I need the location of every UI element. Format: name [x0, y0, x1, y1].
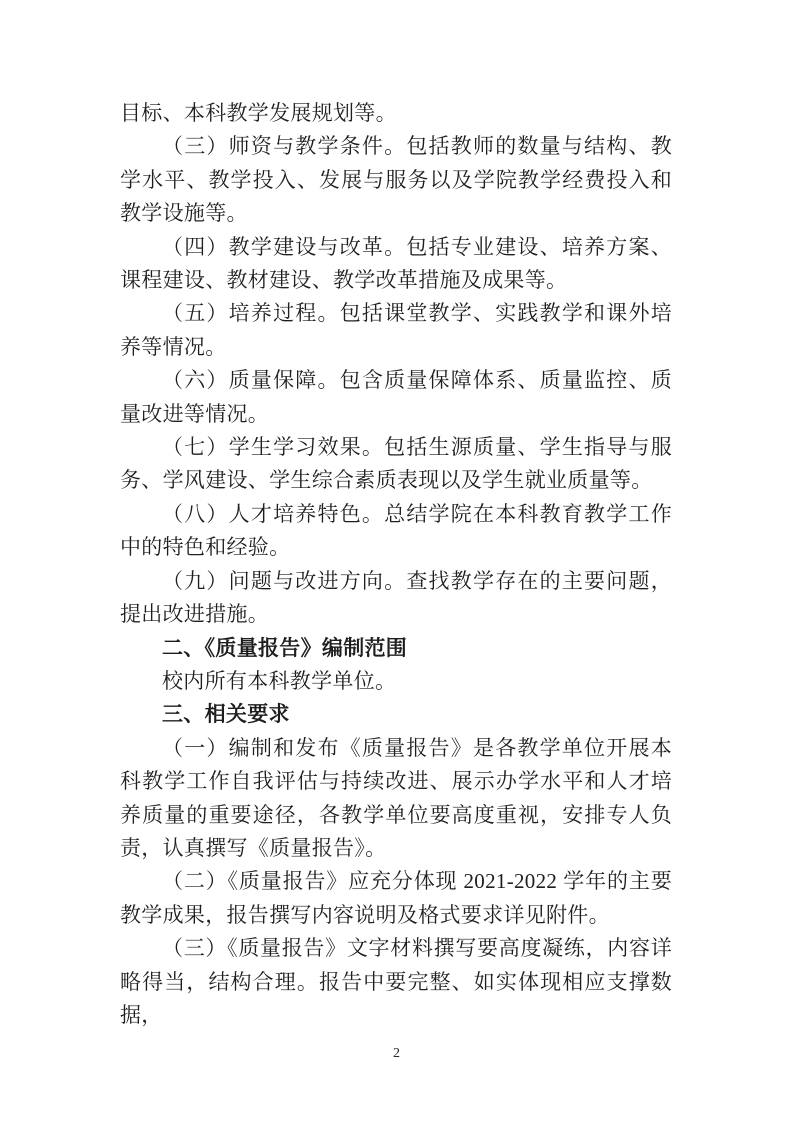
paragraph: （八）人才培养特色。总结学院在本科教育教学工作中的特色和经验。: [120, 498, 672, 565]
paragraph: 校内所有本科教学单位。: [120, 665, 672, 698]
paragraph: （七）学生学习效果。包括生源质量、学生指导与服务、学风建设、学生综合素质表现以及…: [120, 431, 672, 498]
document-page: 目标、本科教学发展规划等。（三）师资与教学条件。包括教师的数量与结构、教学水平、…: [0, 0, 793, 1122]
section-heading: 二、《质量报告》编制范围: [120, 632, 672, 665]
paragraph: （三）《质量报告》文字材料撰写要高度凝练，内容详略得当，结构合理。报告中要完整、…: [120, 932, 672, 1032]
paragraph: （四）教学建设与改革。包括专业建设、培养方案、课程建设、教材建设、教学改革措施及…: [120, 231, 672, 298]
paragraph: （三）师资与教学条件。包括教师的数量与结构、教学水平、教学投入、发展与服务以及学…: [120, 130, 672, 230]
paragraph: （一）编制和发布《质量报告》是各教学单位开展本科教学工作自我评估与持续改进、展示…: [120, 732, 672, 866]
section-heading: 三、相关要求: [120, 698, 672, 731]
paragraph: （五）培养过程。包括课堂教学、实践教学和课外培养等情况。: [120, 297, 672, 364]
paragraph: 目标、本科教学发展规划等。: [120, 97, 672, 130]
paragraph: （六）质量保障。包含质量保障体系、质量监控、质量改进等情况。: [120, 364, 672, 431]
page-number: 2: [0, 1045, 793, 1063]
paragraph: （二）《质量报告》应充分体现 2021-2022 学年的主要教学成果，报告撰写内…: [120, 865, 672, 932]
document-body: 目标、本科教学发展规划等。（三）师资与教学条件。包括教师的数量与结构、教学水平、…: [120, 97, 672, 1032]
paragraph: （九）问题与改进方向。查找教学存在的主要问题，提出改进措施。: [120, 565, 672, 632]
